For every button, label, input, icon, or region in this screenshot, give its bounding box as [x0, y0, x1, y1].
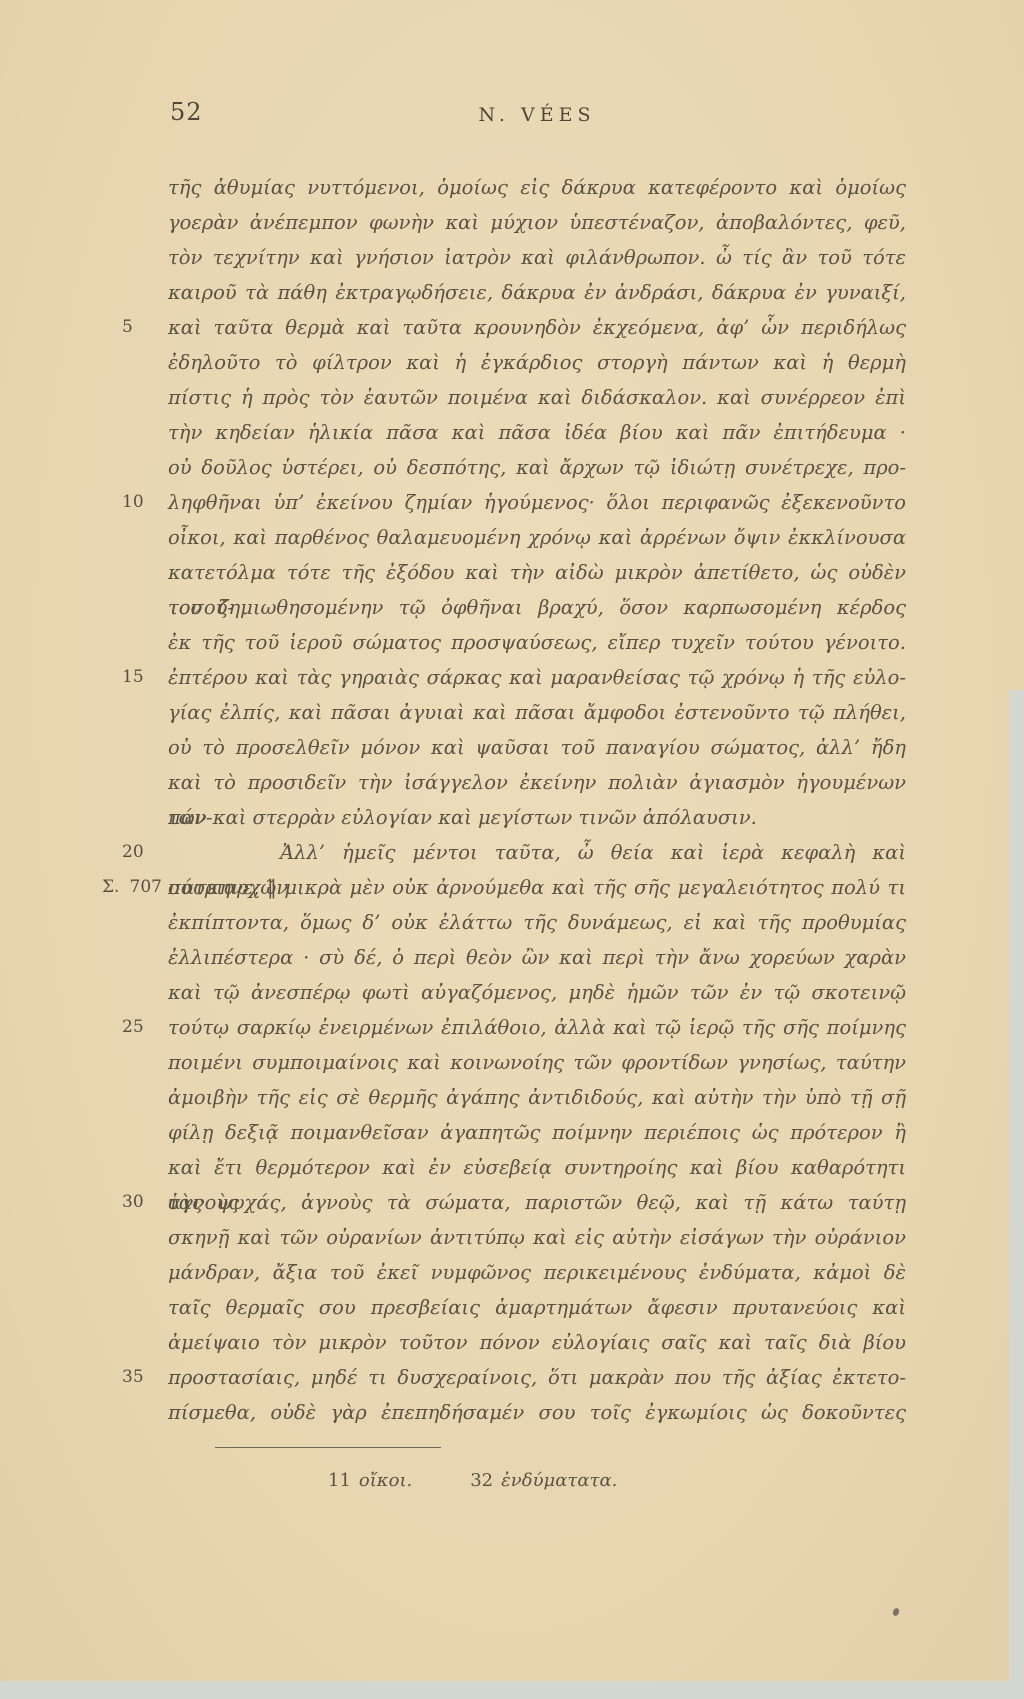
line-number: 5 [122, 310, 160, 345]
footnote-ref: 32 [470, 1470, 493, 1491]
line-text: μάνδραν, ἄξια τοῦ ἐκεῖ νυμφῶνος περικειμ… [168, 1261, 906, 1284]
line-number: 15 [122, 660, 160, 695]
line-text: σκηνῇ καὶ τῶν οὐρανίων ἀντιτύπῳ καὶ εἰς … [168, 1226, 906, 1249]
text-line: πίσμεθα, οὐδὲ γὰρ ἐπεπηδήσαμέν σου τοῖς … [168, 1395, 906, 1430]
line-text: ἐδηλοῦτο τὸ φίλτρον καὶ ἡ ἐγκάρδιος στορ… [168, 351, 906, 374]
line-text: τὰς ψυχάς, ἁγνοὺς τὰ σώματα, παριστῶν θε… [168, 1191, 906, 1214]
footnote-text: ἐνδύματατα. [501, 1470, 617, 1491]
text-line: ἐκπίπτοντα, ὅμως δ’ οὐκ ἐλάττω τῆς δυνάμ… [168, 905, 906, 940]
line-text: προστασίαις, μηδέ τι δυσχεραίνοις, ὅτι μ… [168, 1366, 906, 1389]
line-text: πίσμεθα, οὐδὲ γὰρ ἐπεπηδήσαμέν σου τοῖς … [168, 1401, 906, 1424]
ink-speck [892, 1607, 900, 1617]
text-line: τὸν τεχνίτην καὶ γνήσιον ἰατρὸν καὶ φιλά… [168, 240, 906, 275]
text-line: 25τούτῳ σαρκίῳ ἐνειρμένων ἐπιλάθοιο, ἀλλ… [168, 1010, 906, 1045]
text-line: γοερὰν ἀνέπεμπον φωνὴν καὶ μύχιον ὑπεστέ… [168, 205, 906, 240]
footnote-rule [215, 1447, 441, 1448]
line-text: σύσκηνε, ‖ μικρὰ μὲν οὐκ ἀρνούμεθα καὶ τ… [168, 876, 906, 899]
line-text: γίας ἐλπίς, καὶ πᾶσαι ἀγυιαὶ καὶ πᾶσαι ἄ… [168, 701, 906, 724]
footnote-text: οἴκοι. [359, 1470, 412, 1491]
line-text: ἐπτέρου καὶ τὰς γηραιὰς σάρκας καὶ μαραν… [168, 666, 906, 689]
text-line: ἀμοιβὴν τῆς εἰς σὲ θερμῆς ἀγάπης ἀντιδιδ… [168, 1080, 906, 1115]
text-line: Σ. 707σύσκηνε, ‖ μικρὰ μὲν οὐκ ἀρνούμεθα… [168, 870, 906, 905]
line-text: καὶ τῷ ἀνεσπέρῳ φωτὶ αὐγαζόμενος, μηδὲ ἡ… [168, 981, 906, 1004]
text-line: μάνδραν, ἄξια τοῦ ἐκεῖ νυμφῶνος περικειμ… [168, 1255, 906, 1290]
line-text: ἀμοιβὴν τῆς εἰς σὲ θερμῆς ἀγάπης ἀντιδιδ… [168, 1086, 906, 1109]
line-text: τον ζημιωθησομένην τῷ ὀφθῆναι βραχύ, ὅσο… [168, 596, 906, 619]
footnote: 11οἴκοι.32ἐνδύματατα. [168, 1466, 906, 1496]
text-line: 35προστασίαις, μηδέ τι δυσχεραίνοις, ὅτι… [168, 1360, 906, 1395]
text-line: ἐλλιπέστερα · σὺ δέ, ὁ περὶ θεὸν ὢν καὶ … [168, 940, 906, 975]
scan-edge-bottom [0, 1681, 1024, 1699]
line-text: ποιμένι συμποιμαίνοις καὶ κοινωνοίης τῶν… [168, 1051, 906, 1074]
line-text: ἐλλιπέστερα · σὺ δέ, ὁ περὶ θεὸν ὢν καὶ … [168, 946, 906, 969]
text-line: κατετόλμα τότε τῆς ἐξόδου καὶ τὴν αἰδὼ μ… [168, 555, 906, 590]
line-text: οἶκοι, καὶ παρθένος θαλαμευομένη χρόνῳ κ… [168, 526, 906, 549]
line-number: 35 [122, 1360, 160, 1395]
line-text: καιροῦ τὰ πάθη ἐκτραγῳδήσειε, δάκρυα ἐν … [168, 281, 906, 304]
text-line: καιροῦ τὰ πάθη ἐκτραγῳδήσειε, δάκρυα ἐν … [168, 275, 906, 310]
text-line: καὶ ἔτι θερμότερον καὶ ἐν εὐσεβείᾳ συντη… [168, 1150, 906, 1185]
text-line: οἶκοι, καὶ παρθένος θαλαμευομένη χρόνῳ κ… [168, 520, 906, 555]
text-line: 30τὰς ψυχάς, ἁγνοὺς τὰ σώματα, παριστῶν … [168, 1185, 906, 1220]
line-number: 10 [122, 485, 160, 520]
line-text: καὶ ταῦτα θερμὰ καὶ ταῦτα κρουνηδὸν ἐκχε… [168, 316, 906, 339]
text-line: 15ἐπτέρου καὶ τὰς γηραιὰς σάρκας καὶ μαρ… [168, 660, 906, 695]
text-line: τὴν κηδείαν ἡλικία πᾶσα καὶ πᾶσα ἰδέα βί… [168, 415, 906, 450]
line-number: 30 [122, 1185, 160, 1220]
line-text: ἐκ τῆς τοῦ ἱεροῦ σώματος προσψαύσεως, εἴ… [168, 631, 906, 654]
text-line: ποιμένι συμποιμαίνοις καὶ κοινωνοίης τῶν… [168, 1045, 906, 1080]
line-text: οὐ δοῦλος ὑστέρει, οὐ δεσπότης, καὶ ἄρχω… [168, 456, 906, 479]
line-text: των καὶ στερρὰν εὐλογίαν καὶ μεγίστων τι… [168, 806, 757, 829]
footnote-line: 11οἴκοι.32ἐνδύματατα. [328, 1470, 617, 1491]
text-line: 20Ἀλλ’ ἡμεῖς μέντοι ταῦτα, ὦ θεία καὶ ἱε… [168, 835, 906, 870]
text-line: καὶ τὸ προσιδεῖν τὴν ἰσάγγελον ἐκείνην π… [168, 765, 906, 800]
text-line: ἀμείψαιο τὸν μικρὸν τοῦτον πόνον εὐλογία… [168, 1325, 906, 1360]
scanned-book-page: 52 N. VÉES τῆς ἀθυμίας νυττόμενοι, ὁμοίω… [0, 0, 1024, 1699]
line-text: τὴν κηδείαν ἡλικία πᾶσα καὶ πᾶσα ἰδέα βί… [168, 421, 906, 444]
line-number: 25 [122, 1010, 160, 1045]
margin-page-note: Σ. 707 [102, 870, 162, 905]
line-text: τῆς ἀθυμίας νυττόμενοι, ὁμοίως εἰς δάκρυ… [168, 176, 906, 199]
scan-edge-right [1009, 690, 1024, 1699]
text-line: καὶ τῷ ἀνεσπέρῳ φωτὶ αὐγαζόμενος, μηδὲ ἡ… [168, 975, 906, 1010]
line-number: 20 [122, 835, 160, 870]
text-line: τον ζημιωθησομένην τῷ ὀφθῆναι βραχύ, ὅσο… [168, 590, 906, 625]
text-line: ἐκ τῆς τοῦ ἱεροῦ σώματος προσψαύσεως, εἴ… [168, 625, 906, 660]
line-text: γοερὰν ἀνέπεμπον φωνὴν καὶ μύχιον ὑπεστέ… [168, 211, 906, 234]
line-text: τούτῳ σαρκίῳ ἐνειρμένων ἐπιλάθοιο, ἀλλὰ … [168, 1016, 906, 1039]
line-text: τὸν τεχνίτην καὶ γνήσιον ἰατρὸν καὶ φιλά… [168, 246, 906, 269]
main-text-block: τῆς ἀθυμίας νυττόμενοι, ὁμοίως εἰς δάκρυ… [168, 170, 906, 1430]
line-text: ληφθῆναι ὑπ’ ἐκείνου ζημίαν ἡγούμενος· ὅ… [168, 491, 906, 514]
text-line: τῆς ἀθυμίας νυττόμενοι, ὁμοίως εἰς δάκρυ… [168, 170, 906, 205]
text-line: ταῖς θερμαῖς σου πρεσβείαις ἁμαρτημάτων … [168, 1290, 906, 1325]
footnote-ref: 11 [328, 1470, 351, 1491]
text-line: γίας ἐλπίς, καὶ πᾶσαι ἀγυιαὶ καὶ πᾶσαι ἄ… [168, 695, 906, 730]
text-line: σκηνῇ καὶ τῶν οὐρανίων ἀντιτύπῳ καὶ εἰς … [168, 1220, 906, 1255]
line-text: φίλῃ δεξιᾷ ποιμανθεῖσαν ἀγαπητῶς ποίμνην… [168, 1121, 906, 1144]
text-line: πίστις ἡ πρὸς τὸν ἑαυτῶν ποιμένα καὶ διδ… [168, 380, 906, 415]
text-line: 5καὶ ταῦτα θερμὰ καὶ ταῦτα κρουνηδὸν ἐκχ… [168, 310, 906, 345]
text-line: φίλῃ δεξιᾷ ποιμανθεῖσαν ἀγαπητῶς ποίμνην… [168, 1115, 906, 1150]
line-text: ἀμείψαιο τὸν μικρὸν τοῦτον πόνον εὐλογία… [168, 1331, 906, 1354]
text-line: των καὶ στερρὰν εὐλογίαν καὶ μεγίστων τι… [168, 800, 906, 835]
text-line: ἐδηλοῦτο τὸ φίλτρον καὶ ἡ ἐγκάρδιος στορ… [168, 345, 906, 380]
line-text: ταῖς θερμαῖς σου πρεσβείαις ἁμαρτημάτων … [168, 1296, 906, 1319]
header-title: N. VÉES [168, 104, 906, 126]
text-line: οὐ δοῦλος ὑστέρει, οὐ δεσπότης, καὶ ἄρχω… [168, 450, 906, 485]
text-line: οὐ τὸ προσελθεῖν μόνον καὶ ψαῦσαι τοῦ πα… [168, 730, 906, 765]
line-text: πίστις ἡ πρὸς τὸν ἑαυτῶν ποιμένα καὶ διδ… [168, 386, 906, 409]
line-text: οὐ τὸ προσελθεῖν μόνον καὶ ψαῦσαι τοῦ πα… [168, 736, 906, 759]
line-text: ἐκπίπτοντα, ὅμως δ’ οὐκ ἐλάττω τῆς δυνάμ… [168, 911, 906, 934]
text-line: 10ληφθῆναι ὑπ’ ἐκείνου ζημίαν ἡγούμενος·… [168, 485, 906, 520]
